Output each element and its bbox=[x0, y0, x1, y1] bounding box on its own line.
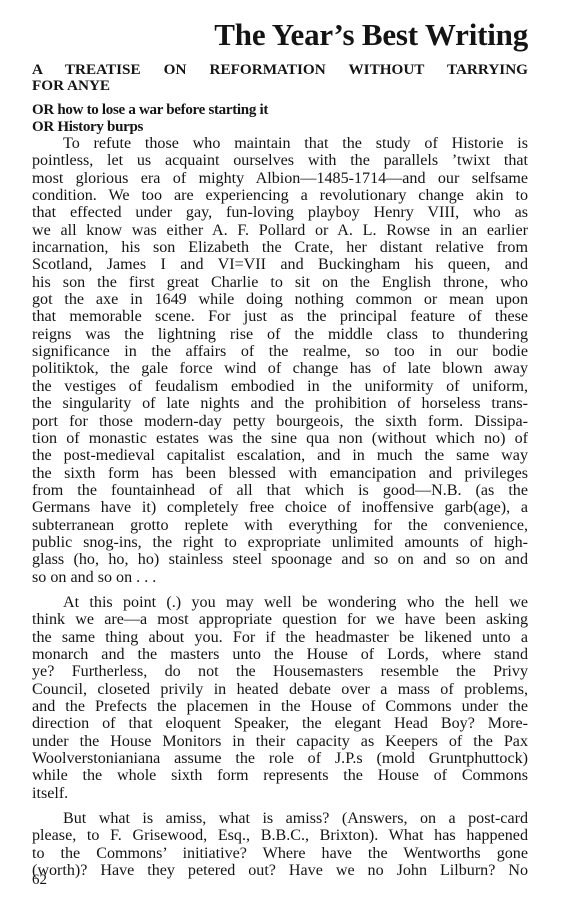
text-line: the sixth form has been blessed with ema… bbox=[32, 465, 528, 482]
text-line: his son the first great Charlie to sit o… bbox=[32, 274, 528, 291]
text-line: the vestiges of feudalism embodied in th… bbox=[32, 378, 528, 395]
paragraph: But what is amiss, what is amiss? (Answe… bbox=[32, 810, 528, 879]
article-body: To refute those who maintain that the st… bbox=[32, 135, 528, 879]
text-line: the same thing about you. For if the hea… bbox=[32, 629, 528, 646]
text-line: Council, closeted privily in heated deba… bbox=[32, 681, 528, 698]
text-line: glass (ho, ho, ho) stainless steel spoon… bbox=[32, 551, 528, 568]
text-line: and the Prefects the placemen in the Hou… bbox=[32, 698, 528, 715]
page-number: 62 bbox=[32, 872, 47, 889]
article-title: A TREATISE ON REFORMATION WITHOUT TARRYI… bbox=[32, 62, 528, 94]
text-line: port for those modern-day petty bourgeoi… bbox=[32, 413, 528, 430]
article-title-line: FOR ANYE bbox=[32, 77, 110, 94]
text-line: Woolverstonianiana assume the role of J.… bbox=[32, 750, 528, 767]
article-title-line: A TREATISE ON REFORMATION WITHOUT TARRYI… bbox=[32, 62, 528, 78]
text-line: under the House Monitors in their capaci… bbox=[32, 733, 528, 750]
text-line: To refute those who maintain that the st… bbox=[32, 135, 528, 152]
text-line: But what is amiss, what is amiss? (Answe… bbox=[32, 810, 528, 827]
text-line: condition. We too are experiencing a rev… bbox=[32, 187, 528, 204]
text-line: itself. bbox=[32, 785, 528, 802]
text-line: Germans have it) completely free choice … bbox=[32, 499, 528, 516]
text-line: (worth)? Have they petered out? Have we … bbox=[32, 862, 528, 879]
text-line: that effected under gay, fun-loving play… bbox=[32, 204, 528, 221]
text-line: ye? Furtherless, do not the Housemasters… bbox=[32, 663, 528, 680]
text-line: got the axe in 1649 while doing nothing … bbox=[32, 291, 528, 308]
text-line: while the whole sixth form represents th… bbox=[32, 767, 528, 784]
text-line: significance in the affairs of the realm… bbox=[32, 343, 528, 360]
article-subtitle: OR History burps bbox=[32, 119, 143, 135]
text-line: incarnation, his son Elizabeth the Crate… bbox=[32, 239, 528, 256]
text-line: the singularity of late nights and the p… bbox=[32, 395, 528, 412]
running-head: The Year’s Best Writing bbox=[214, 18, 528, 52]
text-line: think we are—a most appropriate question… bbox=[32, 611, 528, 628]
text-line: politiktok, the gale force wind of chang… bbox=[32, 360, 528, 377]
text-line: subterranean grotto replete with everyth… bbox=[32, 517, 528, 534]
text-line: public snog-ins, the right to expropriat… bbox=[32, 534, 528, 551]
text-line: At this point (.) you may well be wonder… bbox=[32, 594, 528, 611]
text-line: from the fountainhead of all that which … bbox=[32, 482, 528, 499]
text-line: pointless, let us acquaint ourselves wit… bbox=[32, 152, 528, 169]
text-line: we all know was either A. F. Pollard or … bbox=[32, 222, 528, 239]
text-line: that memorable scene. For just as the pr… bbox=[32, 308, 528, 325]
text-line: so on and so on . . . bbox=[32, 569, 528, 586]
text-line: please, to F. Grisewood, Esq., B.B.C., B… bbox=[32, 827, 528, 844]
text-line: reigns was the lightning rise of the mid… bbox=[32, 326, 528, 343]
text-line: the post-medieval capitalist escalation,… bbox=[32, 447, 528, 464]
text-line: direction of that eloquent Speaker, the … bbox=[32, 715, 528, 732]
text-line: to the Commons’ initiative? Where have t… bbox=[32, 845, 528, 862]
text-line: tion of monastic estates was the sine qu… bbox=[32, 430, 528, 447]
text-line: most glorious era of mighty Albion—1485-… bbox=[32, 170, 528, 187]
paragraph: At this point (.) you may well be wonder… bbox=[32, 594, 528, 802]
text-line: monarch and the masters unto the House o… bbox=[32, 646, 528, 663]
article-subtitle: OR how to lose a war before starting it bbox=[32, 102, 268, 118]
text-line: Scotland, James I and VI=VII and Bucking… bbox=[32, 256, 528, 273]
paragraph: To refute those who maintain that the st… bbox=[32, 135, 528, 586]
